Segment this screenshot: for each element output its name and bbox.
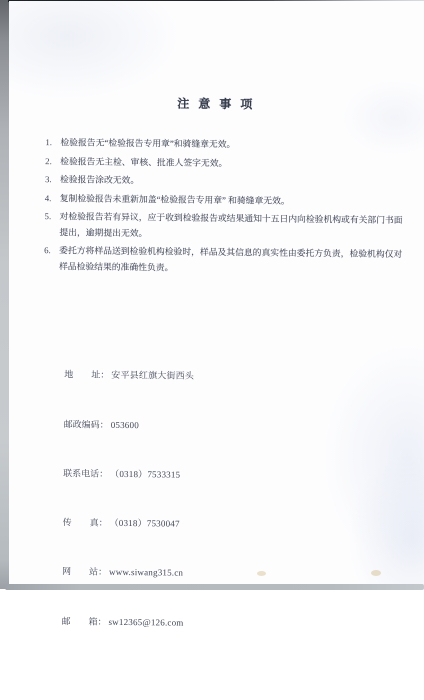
contact-fax: 传 真：（0318）7530047 bbox=[40, 498, 193, 549]
note-item-2: 2. 检验报告无主检、审核、批准人签字无效。 bbox=[45, 154, 405, 174]
scan-bottom-edge bbox=[5, 584, 424, 590]
contact-label: 邮 箱： bbox=[61, 613, 106, 630]
contact-email: 邮 箱：sw12365@126.com bbox=[39, 596, 192, 647]
note-text: 对检验报告若有异议，应于收到检验报告或结果通知十五日内向检验机构或有关部门书面提… bbox=[59, 209, 404, 244]
contact-phone: 联系电话：（0318）7533315 bbox=[40, 448, 193, 499]
contact-value: www.siwang315.cn bbox=[109, 567, 183, 578]
contact-postal-code: 邮政编码：053600 bbox=[41, 399, 194, 450]
note-item-3: 3. 检验报告涂改无效。 bbox=[45, 172, 405, 192]
note-number: 3. bbox=[45, 172, 60, 188]
note-item-5: 5. 对检验报告若有异议，应于收到检验报告或结果通知十五日内向检验机构或有关部门… bbox=[44, 209, 404, 244]
document-page: 注 意 事 项 1. 检验报告无“检验报告专用章”和骑缝章无效。 2. 检验报告… bbox=[9, 1, 424, 585]
note-number: 1. bbox=[45, 135, 60, 151]
note-text: 检验报告无主检、审核、批准人签字无效。 bbox=[60, 154, 405, 173]
note-item-1: 1. 检验报告无“检验报告专用章”和骑缝章无效。 bbox=[45, 135, 405, 155]
contact-block: 地 址：安平县红旗大街西头 邮政编码：053600 联系电话：（0318）753… bbox=[39, 350, 195, 647]
page-content: 注 意 事 项 1. 检验报告无“检验报告专用章”和骑缝章无效。 2. 检验报告… bbox=[3, 1, 424, 590]
contact-label: 网 站： bbox=[62, 564, 107, 581]
contact-value: 安平县红旗大街西头 bbox=[111, 370, 194, 381]
contact-label: 地 址： bbox=[64, 367, 109, 384]
note-number: 6. bbox=[44, 243, 59, 274]
note-text: 委托方将样品送到检验机构检验时，样品及其信息的真实性由委托方负责，检验机构仅对样… bbox=[59, 243, 404, 278]
note-item-6: 6. 委托方将样品送到检验机构检验时，样品及其信息的真实性由委托方负责，检验机构… bbox=[44, 243, 404, 278]
note-number: 2. bbox=[45, 154, 60, 170]
page-title: 注 意 事 项 bbox=[9, 93, 424, 115]
contact-address: 地 址：安平县红旗大街西头 bbox=[42, 350, 195, 401]
note-text: 检验报告无“检验报告专用章”和骑缝章无效。 bbox=[60, 135, 405, 154]
contact-value: （0318）7530047 bbox=[110, 518, 180, 529]
note-text: 复制检验报告未重新加盖“检验报告专用章” 和骑缝章无效。 bbox=[60, 191, 405, 210]
contact-website: 网 站：www.siwang315.cn bbox=[39, 547, 192, 598]
contact-value: （0318）7533315 bbox=[110, 469, 180, 480]
note-item-4: 4. 复制检验报告未重新加盖“检验报告专用章” 和骑缝章无效。 bbox=[45, 191, 405, 211]
contact-value: sw12365@126.com bbox=[108, 616, 183, 627]
contact-label: 邮政编码： bbox=[64, 416, 109, 433]
note-number: 4. bbox=[45, 191, 60, 207]
contact-label: 联系电话： bbox=[63, 465, 108, 482]
contact-label: 传 真： bbox=[63, 514, 108, 531]
note-text: 检验报告涂改无效。 bbox=[60, 172, 405, 191]
contact-value: 053600 bbox=[111, 419, 139, 429]
notes-list: 1. 检验报告无“检验报告专用章”和骑缝章无效。 2. 检验报告无主检、审核、批… bbox=[44, 135, 406, 281]
note-number: 5. bbox=[44, 209, 59, 240]
scanned-document: 注 意 事 项 1. 检验报告无“检验报告专用章”和骑缝章无效。 2. 检验报告… bbox=[0, 0, 424, 700]
